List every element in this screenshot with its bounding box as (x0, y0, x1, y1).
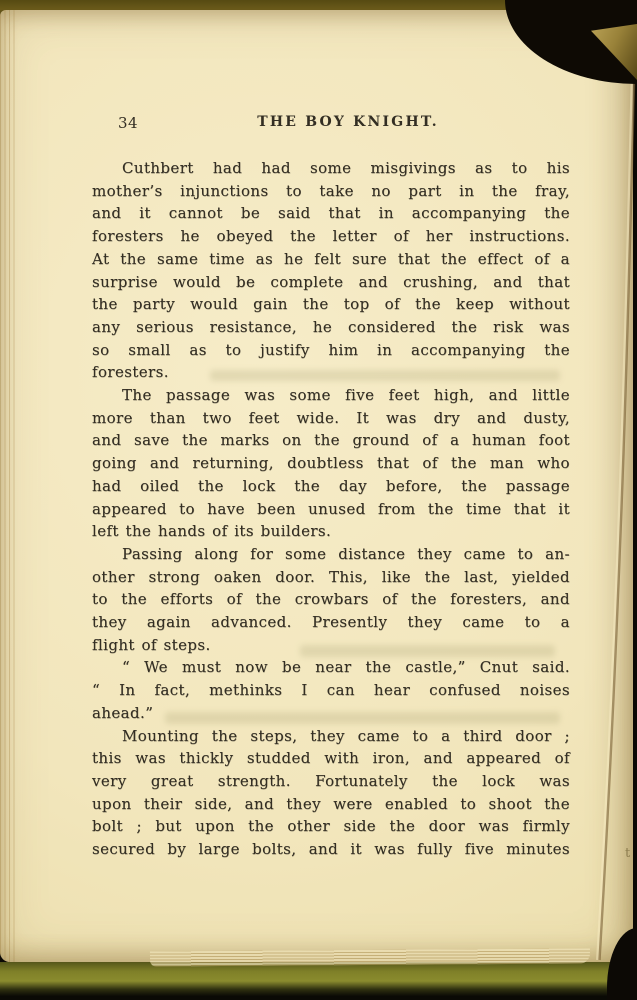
text-line: flight of steps. (92, 634, 570, 657)
text-line: foresters. (92, 361, 570, 384)
text-line: more than two feet wide. It was dry and … (92, 407, 570, 430)
text-line: bolt ; but upon the other side the door … (92, 815, 570, 838)
text-line: The passage was some five feet high, and… (92, 384, 570, 407)
text-line: left the hands of its builders. (92, 520, 570, 543)
text-line: ahead.” (92, 702, 570, 725)
text-line: mother’s injunctions to take no part in … (92, 180, 570, 203)
text-line: At the same time as he felt sure that th… (92, 248, 570, 271)
text-line: they again advanced. Presently they came… (92, 611, 570, 634)
text-line: and it cannot be said that in accompanyi… (92, 202, 570, 225)
text-line: surprise would be complete and crushing,… (92, 271, 570, 294)
text-line: this was thickly studded with iron, and … (92, 747, 570, 770)
next-page-ghost-letter: t (625, 846, 630, 861)
text-line: very great strength. Fortunately the loc… (92, 770, 570, 793)
book-photo: t 34 THE BOY KNIGHT. Cuthbert had had so… (0, 0, 637, 1000)
page-left-stacked-edges (0, 10, 17, 962)
text-line: had oiled the lock the day before, the p… (92, 475, 570, 498)
text-line: Cuthbert had had some misgivings as to h… (92, 157, 570, 180)
page-bottom-stacked-edges (150, 948, 590, 966)
book-cover-bottom-edge (0, 962, 637, 1000)
text-line: other strong oaken door. This, like the … (92, 566, 570, 589)
text-line: “ We must now be near the castle,” Cnut … (92, 656, 570, 679)
text-line: Passing along for some distance they cam… (92, 543, 570, 566)
text-line: secured by large bolts, and it was fully… (92, 838, 570, 861)
text-line: foresters he obeyed the letter of her in… (92, 225, 570, 248)
text-line: and save the marks on the ground of a hu… (92, 429, 570, 452)
text-line: “ In fact, methinks I can hear confused … (92, 679, 570, 702)
page-text: Cuthbert had had some misgivings as to h… (92, 157, 570, 861)
page-header: 34 THE BOY KNIGHT. (92, 114, 570, 136)
text-line: appeared to have been unused from the ti… (92, 498, 570, 521)
running-title: THE BOY KNIGHT. (253, 114, 443, 130)
text-line: any serious resistance, he considered th… (92, 316, 570, 339)
text-line: Mounting the steps, they came to a third… (92, 725, 570, 748)
text-line: to the efforts of the crowbars of the fo… (92, 588, 570, 611)
text-line: going and returning, doubtless that of t… (92, 452, 570, 475)
text-line: upon their side, and they were enabled t… (92, 793, 570, 816)
page-number: 34 (118, 114, 138, 132)
text-line: the party would gain the top of the keep… (92, 293, 570, 316)
text-line: so small as to justify him in accompanyi… (92, 339, 570, 362)
